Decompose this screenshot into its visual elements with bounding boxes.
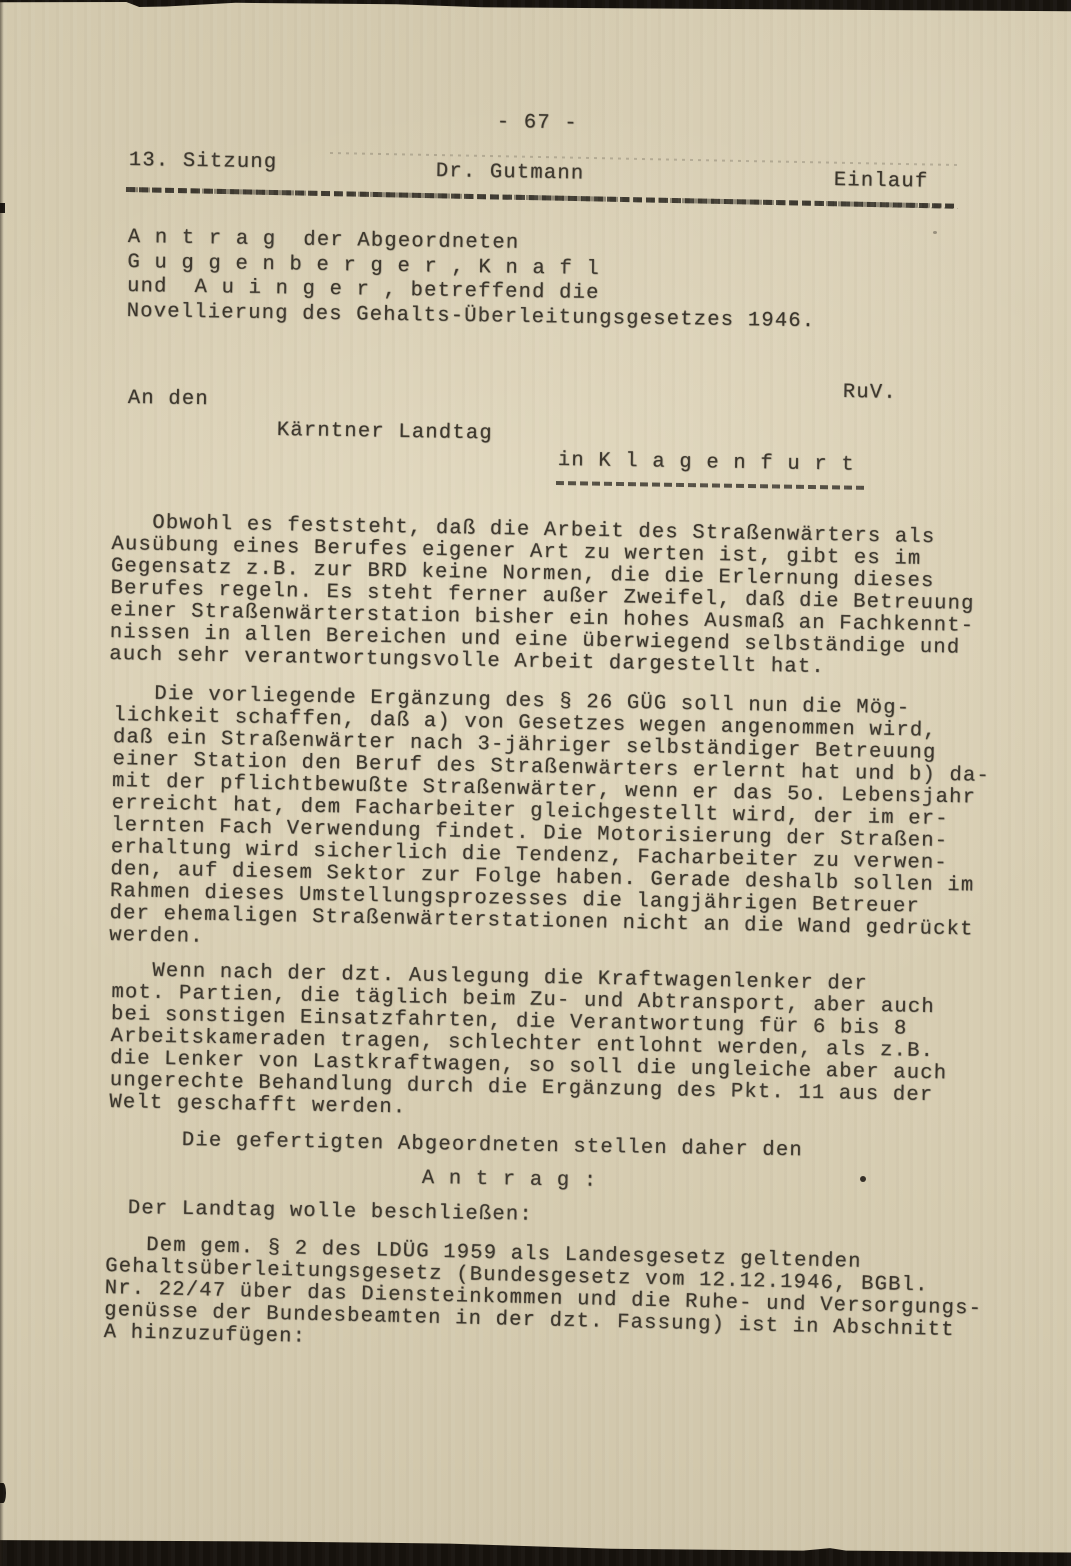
scan-edge-left: [0, 0, 4, 1566]
annotation-ruv: RuV.: [843, 382, 897, 405]
paragraph-3: Wenn nach der dzt. Auslegung die Kraftwa…: [109, 960, 949, 1129]
ink-speck: [933, 231, 937, 234]
page-number: - 67 -: [497, 112, 578, 135]
scan-edge-top: [0, 0, 1071, 14]
ghost-dash-rule-upper: [330, 152, 958, 166]
paragraph-1: Obwohl es feststeht, daß die Arbeit des …: [109, 512, 976, 682]
document-page: - 67 - 13. Sitzung Dr. Gutmann Einlauf A…: [0, 0, 1071, 1566]
header-category: Einlauf: [834, 170, 929, 194]
header-author: Dr. Gutmann: [436, 161, 585, 186]
subject-block: A n t r a g der Abgeordneten G u g g e n…: [127, 226, 817, 334]
scan-edge-bottom: [0, 1534, 1071, 1566]
paragraph-2: Die vorliegende Ergänzung des § 26 GÜG s…: [109, 683, 992, 964]
antrag-heading: A n t r a g :: [422, 1168, 598, 1193]
city-dash-rule: [556, 481, 868, 490]
header-session: 13. Sitzung: [129, 150, 278, 174]
paragraph-4: Dem gem. § 2 des LDÜG 1959 als Landesges…: [103, 1234, 983, 1365]
resolution-intro: Der Landtag wolle beschließen:: [128, 1198, 533, 1227]
address-to: An den: [128, 388, 209, 411]
closing-intro: Die gefertigten Abgeordneten stellen dah…: [182, 1130, 803, 1162]
address-city: in K l a g e n f u r t: [558, 450, 855, 477]
ink-dot: [860, 1176, 866, 1182]
address-recipient: Kärntner Landtag: [277, 420, 493, 445]
scan-mark-left-upper: [0, 203, 5, 213]
scan-mark-left-lower: [0, 1483, 6, 1503]
